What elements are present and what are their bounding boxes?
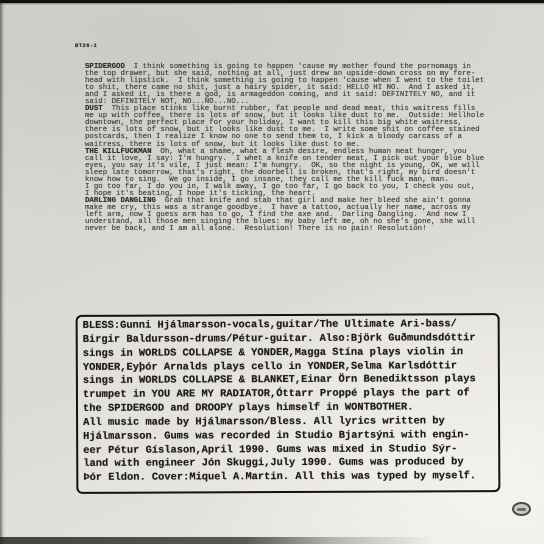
lyrics-section: SPIDERGOD I think something is going to … (85, 64, 505, 233)
catalog-number: BT26-1 (75, 42, 97, 49)
photo-left-edge (0, 0, 5, 544)
credits-box: BLESS:Gunni Hjálmarsson-vocals,guitar/Th… (76, 313, 501, 494)
photo-bottom-shadow (0, 537, 544, 544)
album-insert-photo: BT26-1 SPIDERGOD I think something is go… (0, 0, 544, 544)
lyric-text: I think something is going to happen 'ca… (85, 63, 484, 106)
lyric-text: Oh, what a shame, what a flesh desire, e… (85, 148, 484, 198)
lyric-paragraph-dust: DUST This place stinks like burnt rubber… (85, 106, 505, 148)
credits-text: BLESS:Gunni Hjálmarsson-vocals,guitar/Th… (78, 315, 499, 489)
lyric-paragraph-darling-dangling: DARLING DANGLING Grab that knife and sta… (85, 198, 505, 233)
lyric-text: This place stinks like burnt rubber, fat… (85, 105, 484, 148)
stamp-inner-mark (517, 508, 526, 511)
lyric-paragraph-killfuckman: THE KILLFUCKMAN Oh, what a shame, what a… (85, 149, 505, 198)
lyric-paragraph-spidergod: SPIDERGOD I think something is going to … (85, 64, 505, 106)
photo-top-edge (0, 0, 544, 5)
record-label-stamp-icon (512, 502, 531, 516)
